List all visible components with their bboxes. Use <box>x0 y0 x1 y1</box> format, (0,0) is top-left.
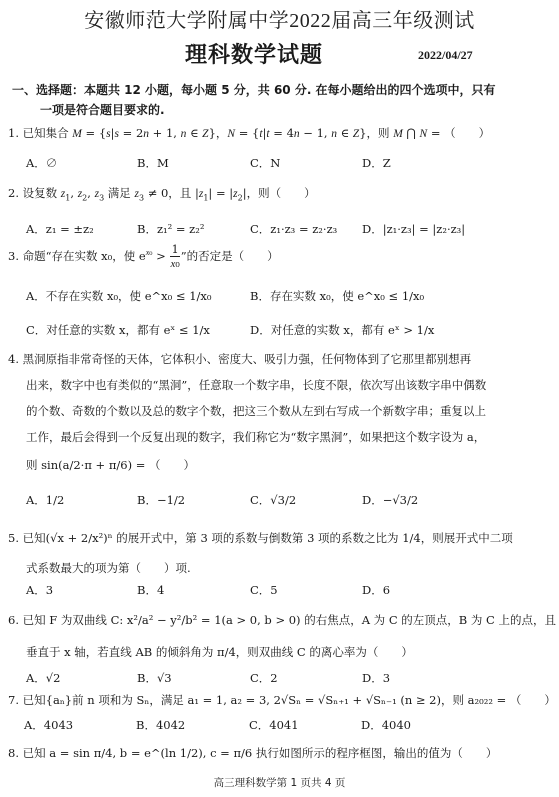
q5-option-d: D．6 <box>362 582 390 598</box>
q7-option-d: D．4040 <box>361 717 411 733</box>
question-3: 3. 命题“存在实数 x₀，使 ex₀ > 1x₀”的否定是（ ） <box>8 243 279 271</box>
q7-stem: 已知{aₙ}前 n 项和为 Sₙ，满足 a₁ = 1, a₂ = 3, 2√Sₙ… <box>23 693 556 707</box>
q4-ask: 则 sin(a/2·π + π/6) = （ ） <box>26 457 195 473</box>
q4-option-c: C．√3/2 <box>250 492 296 508</box>
question-2: 2. 设复数 z1, z2, z3 满足 z3 ≠ 0，且 |z1| = |z2… <box>8 185 316 202</box>
q4-line: 出来，数字中也有类似的“黑洞”，任意取一个数字串，长度不限，依次写出该数字串中偶… <box>26 377 486 393</box>
q5-option-b: B．4 <box>137 582 164 598</box>
q6-line: 已知 F 为双曲线 C: x²/a² − y²/b² = 1(a > 0, b … <box>23 613 559 627</box>
question-number: 2. <box>8 186 19 200</box>
q4-option-d: D．−√3/2 <box>362 492 418 508</box>
exam-date: 2022/04/27 <box>418 48 473 63</box>
q8-stem: 已知 a = sin π/4, b = e^(ln 1/2), c = π/6 … <box>23 746 498 760</box>
q7-option-c: C．4041 <box>249 717 299 733</box>
q1-option-c: C．N <box>250 155 280 171</box>
question-5: 5. 已知(√x + 2/x²)ⁿ 的展开式中，第 3 项的系数与倒数第 3 项… <box>8 530 513 546</box>
q1-option-b: B．M <box>137 155 169 171</box>
q5-option-c: C．5 <box>250 582 278 598</box>
question-number: 8. <box>8 746 19 760</box>
q6-option-c: C．2 <box>250 670 278 686</box>
exam-title: 理科数学试题 <box>185 38 323 69</box>
section-instructions-cont: 一项是符合题目要求的. <box>40 101 165 118</box>
question-4: 4. 黑洞原指非常奇怪的天体，它体积小、密度大、吸引力强，任何物体到了它那里都别… <box>8 351 471 367</box>
q4-line: 黑洞原指非常奇怪的天体，它体积小、密度大、吸引力强，任何物体到了它那里都别想再 <box>23 352 472 366</box>
question-7: 7. 已知{aₙ}前 n 项和为 Sₙ，满足 a₁ = 1, a₂ = 3, 2… <box>8 692 556 708</box>
q5-line: 式系数最大的项为第（ ）项. <box>26 560 191 576</box>
q3-stem-end: ”的否定是（ ） <box>181 249 279 263</box>
q3-option-b: B．存在实数 x₀，使 e^x₀ ≤ 1/x₀ <box>250 288 424 304</box>
q2-option-d: D．|z₁·z₃| = |z₂·z₃| <box>362 221 465 237</box>
question-number: 4. <box>8 352 19 366</box>
q6-line: 垂直于 x 轴，若直线 AB 的倾斜角为 π/4，则双曲线 C 的离心率为（ ） <box>26 644 413 660</box>
q6-option-d: D．3 <box>362 670 390 686</box>
q6-option-b: B．√3 <box>137 670 172 686</box>
q3-stem-start: 命题“存在实数 x₀，使 e <box>23 249 146 263</box>
q7-option-a: A．4043 <box>24 717 73 733</box>
q4-option-b: B．−1/2 <box>137 492 185 508</box>
question-number: 3. <box>8 249 19 263</box>
question-6: 6. 已知 F 为双曲线 C: x²/a² − y²/b² = 1(a > 0,… <box>8 612 559 628</box>
question-number: 6. <box>8 613 19 627</box>
q5-option-a: A．3 <box>26 582 53 598</box>
q5-line: 已知(√x + 2/x²)ⁿ 的展开式中，第 3 项的系数与倒数第 3 项的系数… <box>23 531 513 545</box>
q7-option-b: B．4042 <box>136 717 185 733</box>
q2-option-c: C．z₁·z₃ = z₂·z₃ <box>250 221 337 237</box>
q4-line: 的个数、奇数的个数以及总的数字个数，把这三个数从左到右写成一个新数字串；重复以上 <box>26 403 486 419</box>
q4-line: 工作，最后会得到一个反复出现的数字，我们称它为“数字黑洞”，如果把这个数字设为 … <box>26 429 485 445</box>
q1-option-a: A．∅ <box>26 155 57 171</box>
q3-option-c: C．对任意的实数 x，都有 eˣ ≤ 1/x <box>26 322 210 338</box>
fraction: 1x₀ <box>170 243 179 271</box>
school-header: 安徽师范大学附属中学2022届高三年级测试 <box>0 4 559 33</box>
q4-option-a: A．1/2 <box>26 492 64 508</box>
question-number: 1. <box>8 126 19 140</box>
q6-option-a: A．√2 <box>26 670 60 686</box>
question-1: 1. 已知集合 M = {s|s = 2n + 1, n ∈ Z}，N = {t… <box>8 125 490 141</box>
section-instructions: 一、选择题：本题共 12 小题，每小题 5 分，共 60 分. 在每小题给出的四… <box>12 81 496 98</box>
question-number: 5. <box>8 531 19 545</box>
q1-option-d: D．Z <box>362 155 391 171</box>
q3-option-a: A．不存在实数 x₀，使 e^x₀ ≤ 1/x₀ <box>26 288 211 304</box>
q2-option-a: A．z₁ = ±z₂ <box>26 221 94 237</box>
q2-option-b: B．z₁² = z₂² <box>137 221 204 237</box>
page-footer: 高三理科数学第 1 页共 4 页 <box>0 775 559 790</box>
q3-option-d: D．对任意的实数 x，都有 eˣ > 1/x <box>250 322 434 338</box>
question-8: 8. 已知 a = sin π/4, b = e^(ln 1/2), c = π… <box>8 745 497 761</box>
question-number: 7. <box>8 693 19 707</box>
